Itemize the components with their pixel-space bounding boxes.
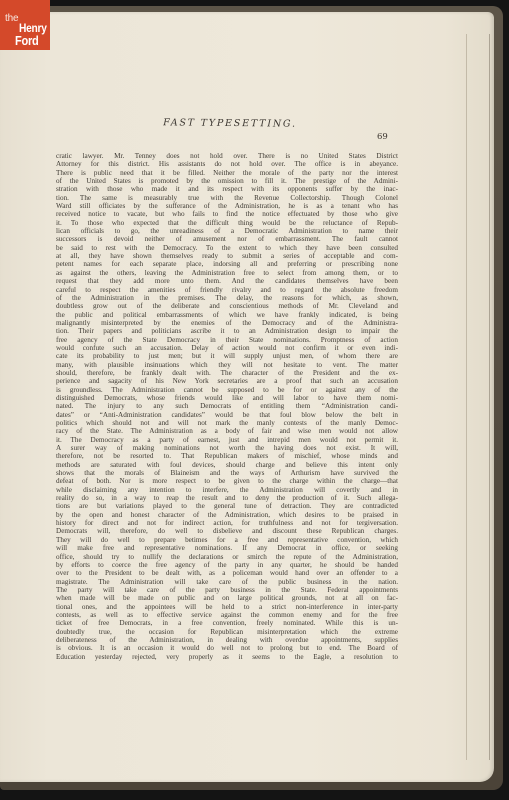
text-line: should, therefore, be frankly dealt with… xyxy=(56,369,398,377)
text-line: tions are but variations played to the g… xyxy=(56,502,398,510)
text-line: perience and sagacity of his New York se… xyxy=(56,377,398,385)
text-line: racy of the State. The Administration as… xyxy=(56,427,398,435)
text-line: Attorney for this district. His assistan… xyxy=(56,160,398,168)
text-line: cratic lawyer. Mr. Tenney does not hold … xyxy=(56,152,398,160)
text-line: nated. The injury to any such Democrats … xyxy=(56,402,398,410)
logo-text-the: the xyxy=(5,13,18,24)
text-line: by the open and honest character of the … xyxy=(56,511,398,519)
text-line: by efforts to coerce the free agency of … xyxy=(56,561,398,569)
text-line: request that they add more unto them. An… xyxy=(56,277,398,285)
text-line: contests, as well as to effective servic… xyxy=(56,611,398,619)
text-line: A surer way of making nominations not wo… xyxy=(56,444,398,452)
text-line: They will do well to prepare betimes for… xyxy=(56,536,398,544)
henry-ford-logo: the Henry Ford xyxy=(0,0,50,50)
text-line: of the United States is promoted by the … xyxy=(56,177,398,185)
text-line: dates” or “Anti-Administration candidate… xyxy=(56,411,398,419)
text-line: would confute such an accusation. Delay … xyxy=(56,344,398,352)
text-line: is groundless. The Administration cannot… xyxy=(56,386,398,394)
text-line: the public and political embarrassments … xyxy=(56,311,398,319)
text-line: tion. Their papers and politicians ascri… xyxy=(56,327,398,335)
text-line: Ward still officiates by the sufferance … xyxy=(56,202,398,210)
text-line: it. To those who expected that the diffi… xyxy=(56,219,398,227)
text-line: at all, they have shown themselves ready… xyxy=(56,252,398,260)
text-line: will make free and representative nomina… xyxy=(56,544,398,552)
text-line: shows that the morals of Blaineism and t… xyxy=(56,469,398,477)
text-line: free agency of the State Democracy in th… xyxy=(56,336,398,344)
text-line: reality do so, in a way to reap the resu… xyxy=(56,494,398,502)
text-line: politics which should not and will not m… xyxy=(56,419,398,427)
logo-text-ford: Ford xyxy=(15,33,39,48)
text-line: when made will be made on public and on … xyxy=(56,594,398,602)
text-line: There is public need that it be filled. … xyxy=(56,169,398,177)
text-line: history for direct and not for indirect … xyxy=(56,519,398,527)
text-line: ticket of free Democrats, in a free conv… xyxy=(56,619,398,627)
text-line: successors is devoid neither of amusemen… xyxy=(56,235,398,243)
text-line: careful to respect the amenities of frie… xyxy=(56,286,398,294)
text-line: Democrats will, therefore, do well to di… xyxy=(56,527,398,535)
text-line: received notice to vacate, but who fails… xyxy=(56,210,398,218)
text-line: of the Administration in the premises. T… xyxy=(56,294,398,302)
text-line: lican officials to go, the unreadiness o… xyxy=(56,227,398,235)
text-line: distinguished Democrats, whose friends w… xyxy=(56,394,398,402)
scan-viewer: the Henry Ford FAST TYPESETTING. 69 crat… xyxy=(0,0,509,800)
text-line: petent names for each separate place, in… xyxy=(56,260,398,268)
text-line: as against the others, leaving the Admin… xyxy=(56,269,398,277)
text-line: The party will take care of the party bu… xyxy=(56,586,398,594)
text-line: defeat of both. Nor is more respect to b… xyxy=(56,477,398,485)
text-line: is obvious. It is an occasion it would d… xyxy=(56,644,398,652)
text-line: methods are saturated with foul devices,… xyxy=(56,461,398,469)
text-line: Education yesterday rejected, very prope… xyxy=(56,653,398,661)
page-edge xyxy=(489,34,490,760)
text-line: doubtless grow out of the deliberate and… xyxy=(56,302,398,310)
text-line: malignantly misinterpreted by the enemie… xyxy=(56,319,398,327)
text-line: deliberateness of the Administration, in… xyxy=(56,636,398,644)
text-line: tion. The same is measurably true with t… xyxy=(56,194,398,202)
text-line: be said to rest with the Democracy. To t… xyxy=(56,244,398,252)
text-line: office, should try to nullify the declar… xyxy=(56,553,398,561)
text-line: it. The Democracy as a party of earnest,… xyxy=(56,436,398,444)
text-line: doubtedly true, the occasion for Republi… xyxy=(56,628,398,636)
text-line: magistrate. The Administration will take… xyxy=(56,578,398,586)
page-edge xyxy=(466,34,467,760)
text-line: many, with plausible insinuations which … xyxy=(56,361,398,369)
page-number: 69 xyxy=(377,132,388,142)
text-line: while disclaiming any intention to inter… xyxy=(56,486,398,494)
text-line: over to the President to be dealt with, … xyxy=(56,569,398,577)
text-line: stration with those who made it and its … xyxy=(56,185,398,193)
text-line: cate its probability to just men; but it… xyxy=(56,352,398,360)
text-line: therefore, not be resorted to. That Repu… xyxy=(56,452,398,460)
text-line: tional ones, and the appointees will be … xyxy=(56,603,398,611)
body-text: cratic lawyer. Mr. Tenney does not hold … xyxy=(56,152,398,661)
